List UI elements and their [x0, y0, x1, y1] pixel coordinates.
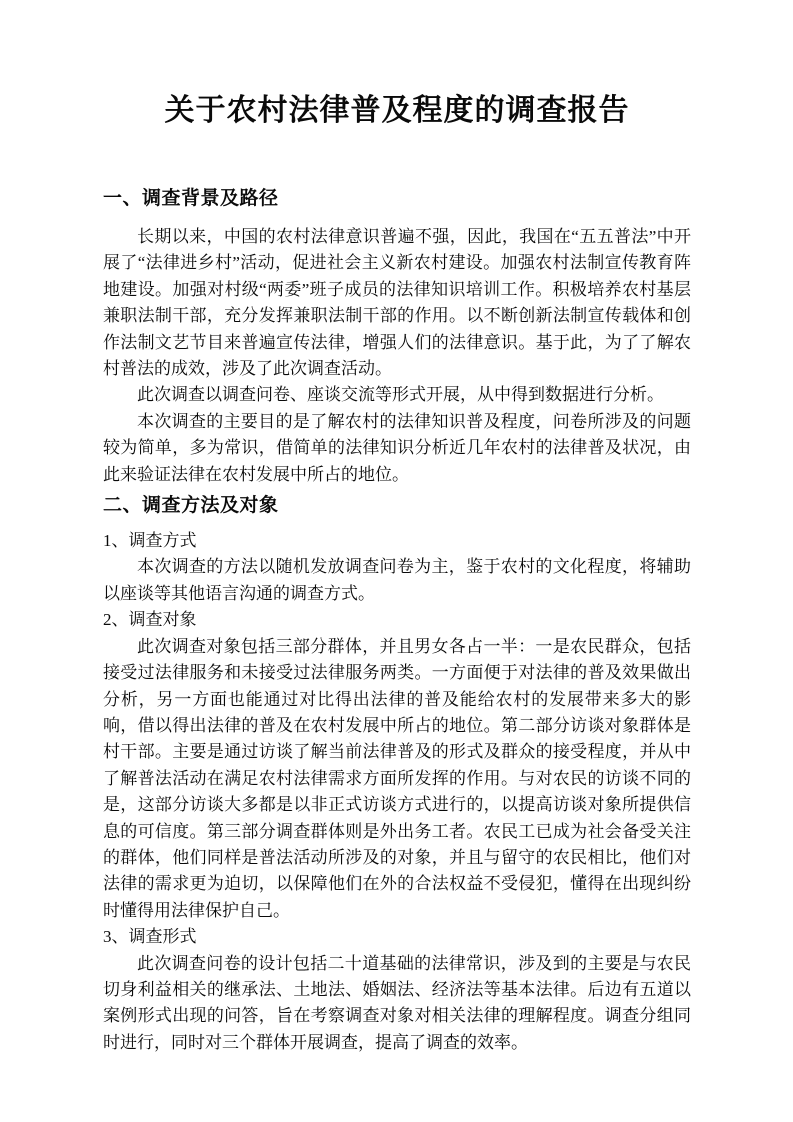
- section-heading-methods: 二、调查方法及对象: [103, 493, 691, 519]
- subsection-label-survey-format: 3、调查形式: [103, 924, 691, 950]
- survey-subjects-paragraph: 此次调查对象包括三部分群体，并且男女各占一半：一是农民群众，包括接受过法律服务和…: [103, 634, 691, 924]
- document-page: 关于农村法律普及程度的调查报告 一、调查背景及路径 长期以来，中国的农村法律意识…: [0, 0, 793, 1122]
- survey-format-paragraph: 此次调查问卷的设计包括二十道基础的法律常识，涉及到的主要是与农民切身利益相关的继…: [103, 951, 691, 1057]
- document-content: 关于农村法律普及程度的调查报告 一、调查背景及路径 长期以来，中国的农村法律意识…: [103, 0, 691, 1056]
- background-paragraph-3: 本次调查的主要目的是了解农村的法律知识普及程度，问卷所涉及的问题较为简单，多为常…: [103, 409, 691, 488]
- background-paragraph-2: 此次调查以调查问卷、座谈交流等形式开展，从中得到数据进行分析。: [103, 382, 691, 408]
- subsection-label-survey-subjects: 2、调查对象: [103, 607, 691, 633]
- subsection-label-survey-method: 1、调查方式: [103, 528, 691, 554]
- section-heading-background: 一、调查背景及路径: [103, 186, 691, 212]
- background-paragraph-1: 长期以来，中国的农村法律意识普遍不强，因此，我国在“五五普法”中开展了“法律进乡…: [103, 224, 691, 382]
- document-title: 关于农村法律普及程度的调查报告: [103, 92, 691, 130]
- survey-method-paragraph: 本次调查的方法以随机发放调查问卷为主，鉴于农村的文化程度，将辅助以座谈等其他语言…: [103, 554, 691, 607]
